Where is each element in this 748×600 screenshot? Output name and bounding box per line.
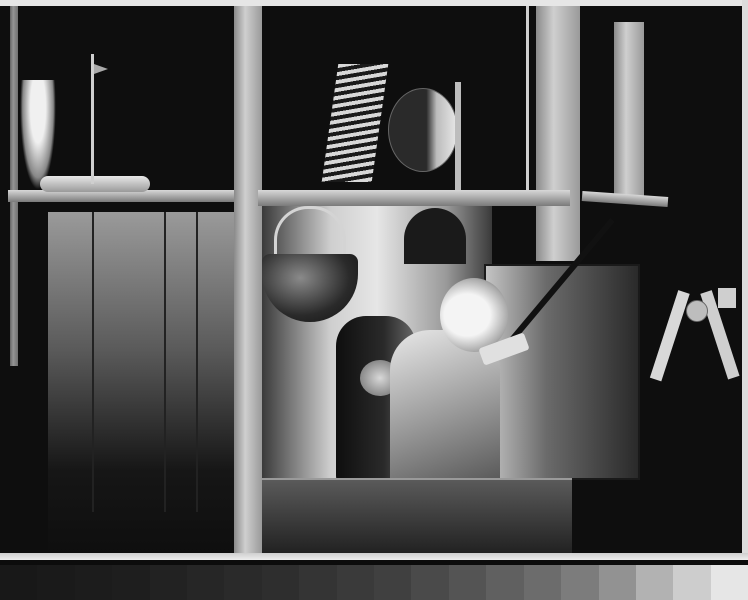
grayscale-calibration-strip	[0, 565, 748, 600]
right-ledge	[582, 191, 668, 207]
round-mirror	[388, 88, 458, 172]
thin-right-rod	[526, 6, 529, 196]
calibration-step	[299, 565, 336, 600]
photo-border-top	[0, 0, 748, 6]
calibration-step	[0, 565, 37, 600]
calibration-step	[37, 565, 74, 600]
calibration-step	[711, 565, 748, 600]
hinge-small-piece	[718, 288, 736, 308]
plank-seam	[164, 212, 166, 512]
calibration-step	[524, 565, 561, 600]
calibration-step	[150, 565, 187, 600]
right-post	[614, 22, 644, 202]
photograph	[0, 0, 748, 560]
calibration-step	[673, 565, 710, 600]
flag-icon	[94, 64, 108, 74]
center-right-post	[536, 6, 580, 261]
main-shelf	[258, 190, 570, 206]
plank-seam	[92, 212, 94, 512]
calibration-step	[636, 565, 673, 600]
folding-hinge-left-arm	[650, 290, 690, 381]
calibration-step	[599, 565, 636, 600]
calibration-step	[224, 565, 261, 600]
puppet-lying-on-shelf	[40, 176, 150, 192]
calibration-step	[411, 565, 448, 600]
small-puppet-figure	[20, 80, 56, 190]
photo-border-bottom	[0, 553, 748, 560]
calibration-step	[75, 565, 112, 600]
center-left-post	[234, 6, 262, 556]
calibration-step	[486, 565, 523, 600]
left-wooden-wall	[48, 212, 248, 557]
plank-seam	[196, 212, 198, 512]
arched-shadow	[404, 208, 466, 264]
calibration-step	[112, 565, 149, 600]
louvered-panel	[322, 64, 389, 182]
calibration-step	[374, 565, 411, 600]
thin-post	[455, 82, 461, 192]
photo-border-right	[742, 0, 748, 560]
calibration-step	[337, 565, 374, 600]
calibration-step	[449, 565, 486, 600]
calibration-step	[262, 565, 299, 600]
calibration-step	[187, 565, 224, 600]
stage-front-board	[262, 478, 572, 558]
right-door-panel	[484, 264, 640, 480]
left-post	[10, 6, 18, 366]
calibration-step	[561, 565, 598, 600]
hinge-pivot-icon	[686, 300, 708, 322]
